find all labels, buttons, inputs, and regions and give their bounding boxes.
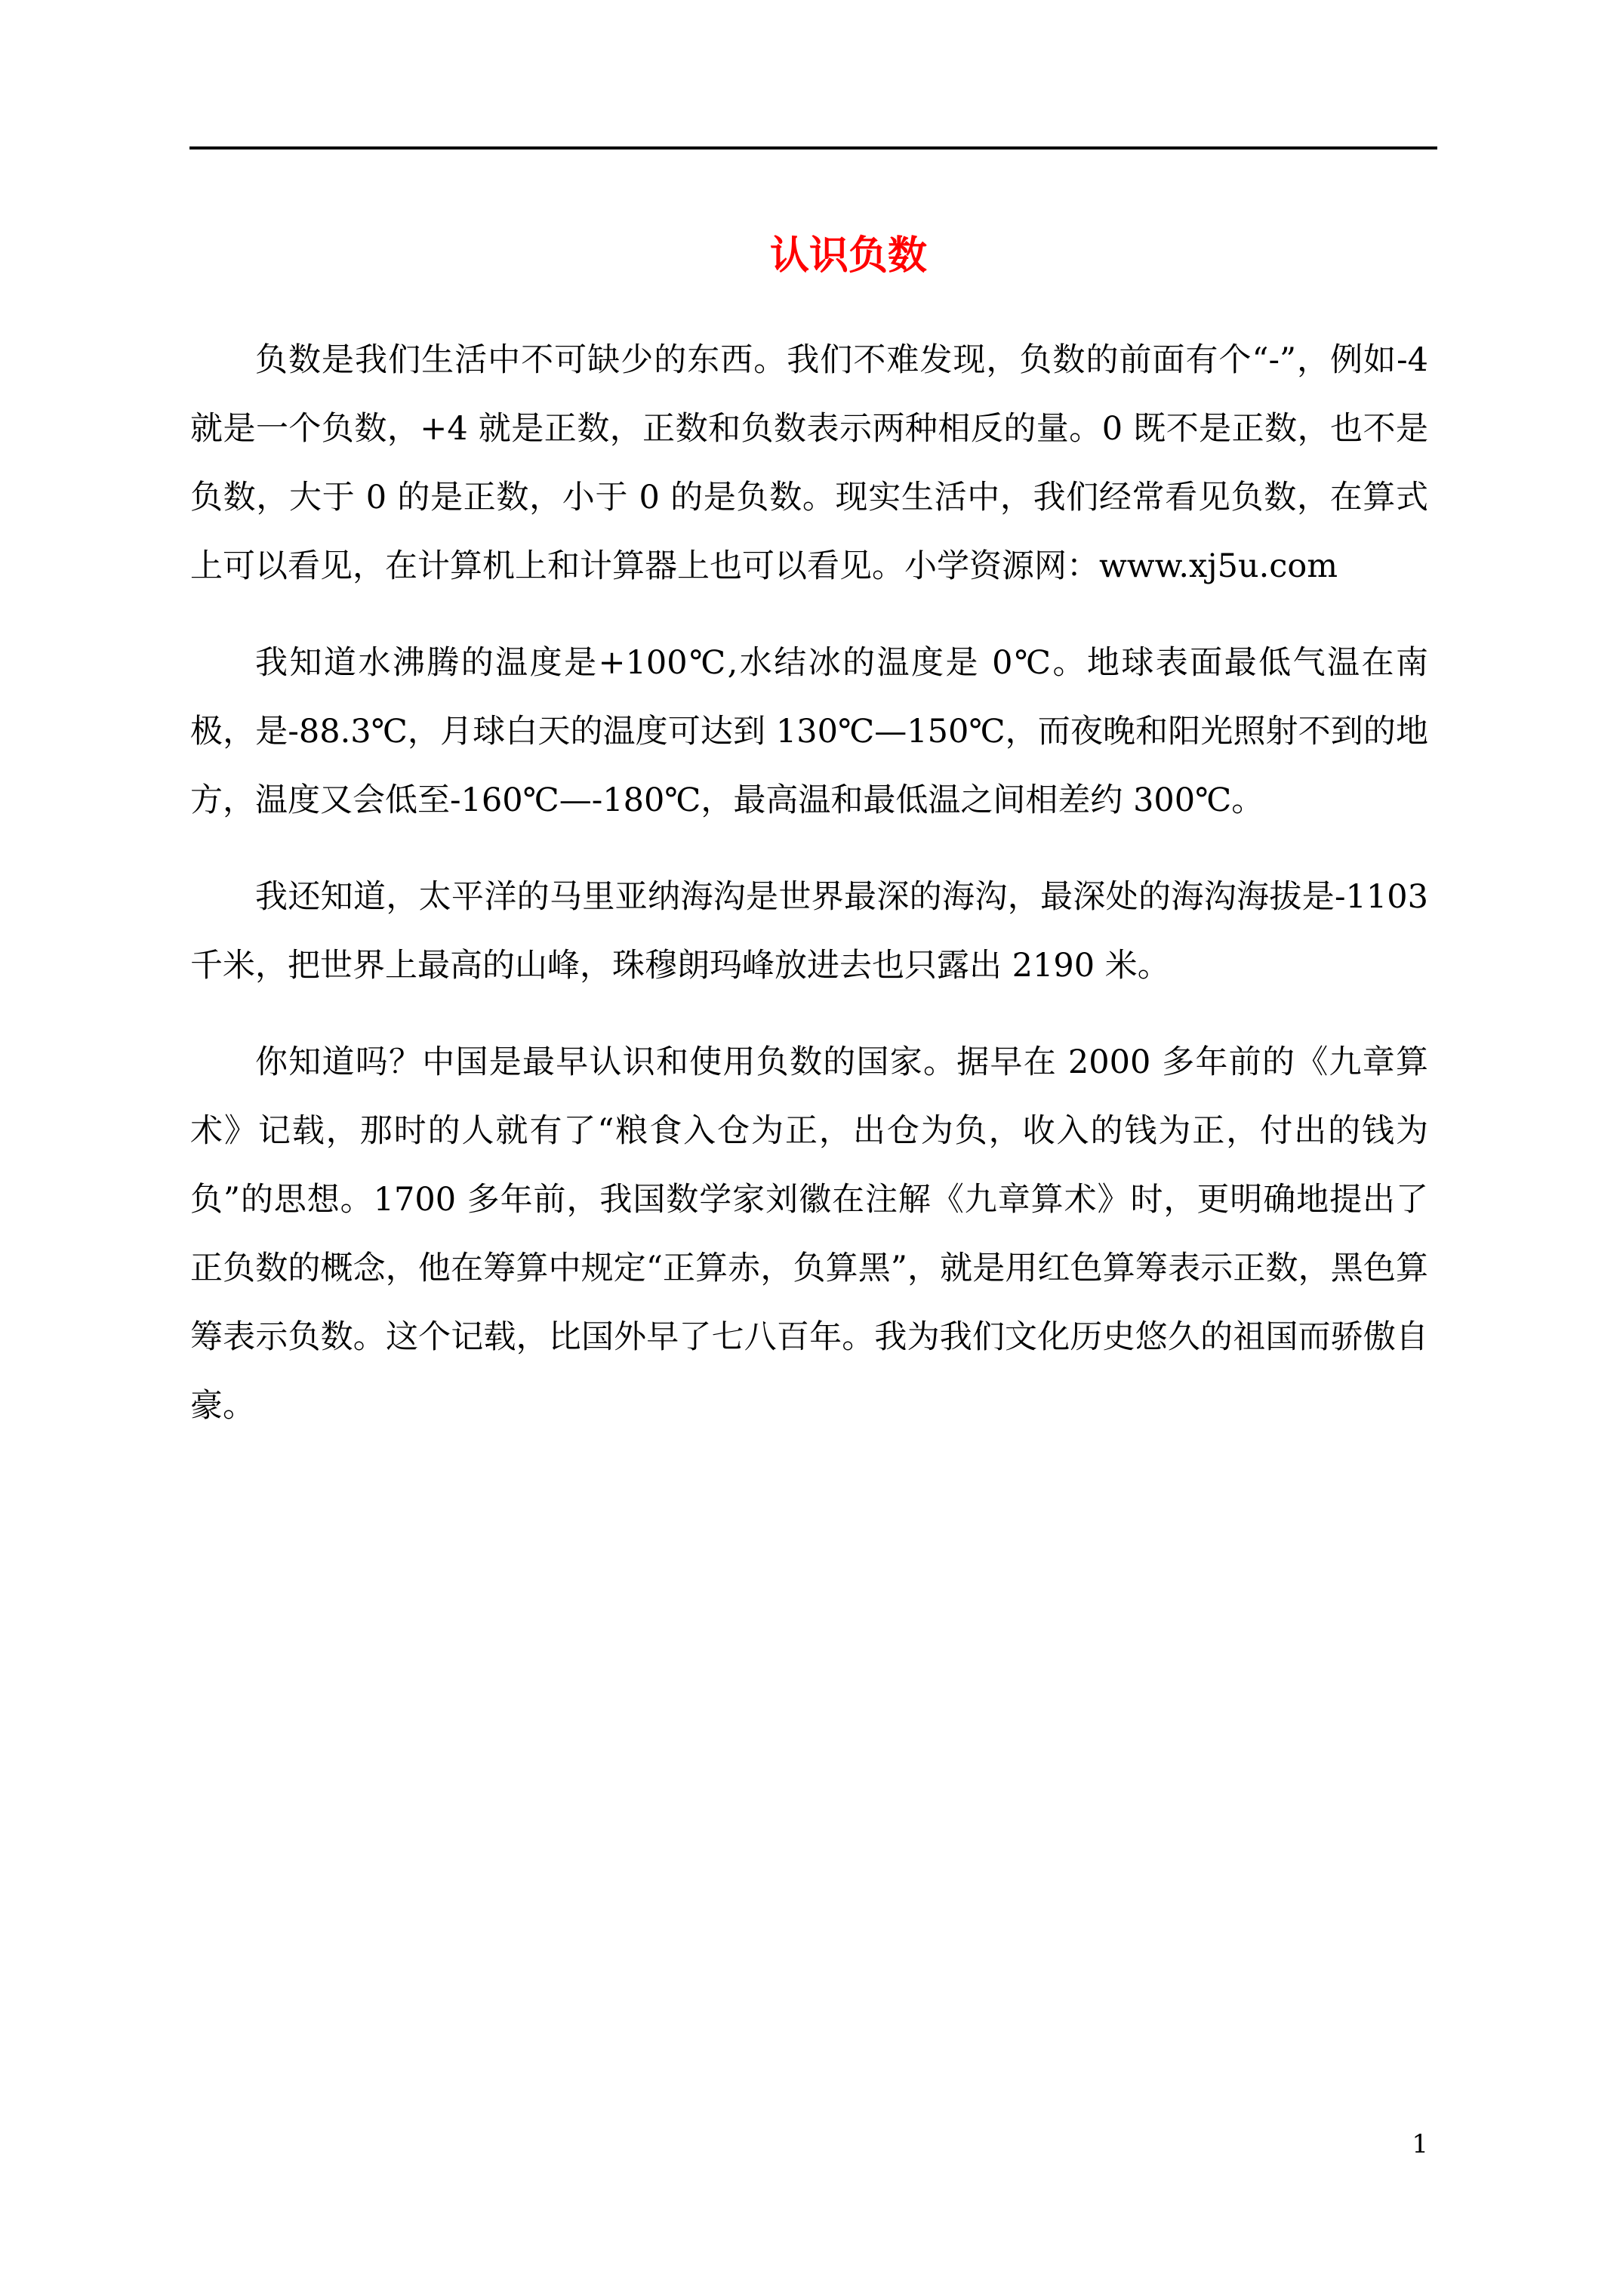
- document-title: 认识负数: [190, 233, 1428, 279]
- paragraph: 负数是我们生活中不可缺少的东西。我们不难发现，负数的前面有个“-”，例如-4 就…: [190, 326, 1428, 601]
- paragraph: 我知道水沸腾的温度是+100℃,水结冰的温度是 0℃。地球表面最低气温在南极，是…: [190, 629, 1428, 835]
- document-page: 认识负数 负数是我们生活中不可缺少的东西。我们不难发现，负数的前面有个“-”，例…: [0, 0, 1623, 2296]
- document-body: 负数是我们生活中不可缺少的东西。我们不难发现，负数的前面有个“-”，例如-4 就…: [190, 326, 1428, 1469]
- paragraph: 你知道吗？中国是最早认识和使用负数的国家。据早在 2000 多年前的《九章算术》…: [190, 1028, 1428, 1441]
- page-number: 1: [1412, 2129, 1428, 2159]
- header-rule: [189, 146, 1437, 149]
- paragraph: 我还知道，太平洋的马里亚纳海沟是世界最深的海沟，最深处的海沟海拔是-1103 千…: [190, 863, 1428, 1000]
